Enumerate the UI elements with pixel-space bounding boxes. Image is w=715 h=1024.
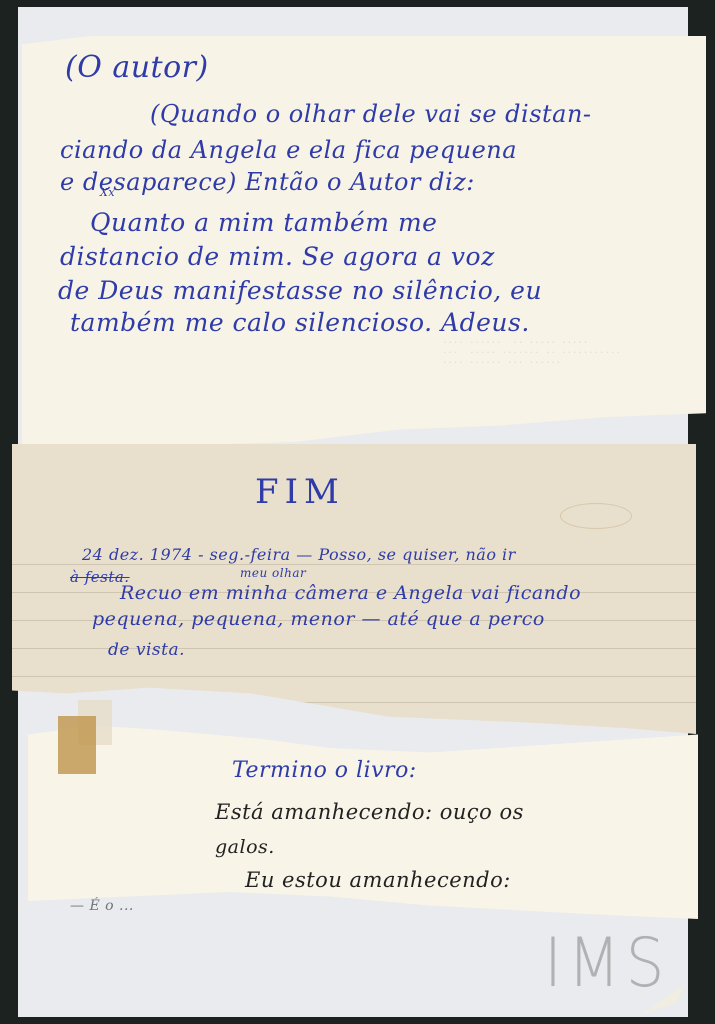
fragment1-line: também me calo silencioso. Adeus. [70, 308, 530, 337]
author-heading: (O autor) [65, 50, 209, 85]
fragment2-line: Recuo em minha câmera e Angela vai fican… [120, 582, 581, 604]
manuscript-fragment-1: .... ...... .. ..... ..... ... ..... ...… [22, 36, 706, 446]
fragment2-date-line: 24 dez. 1974 - seg.-feira — Posso, se qu… [82, 545, 516, 564]
fragment2-line: de vista. [108, 640, 185, 660]
fragment3-line: Eu estou amanhecendo: [245, 868, 511, 892]
fragment3-line: Está amanhecendo: ouço os [215, 800, 524, 824]
fragment1-line: ciando da Angela e ela fica pequena [60, 136, 517, 164]
paper-stain [560, 503, 632, 529]
typed-text-bleedthrough: .... ...... .. ..... ..... ... ..... ...… [442, 336, 621, 366]
fragment3-line: galos. [215, 836, 275, 858]
fragment1-line: de Deus manifestasse no silêncio, eu [58, 276, 542, 305]
fragment2-line: pequena, pequena, menor — até que a perc… [92, 608, 545, 630]
fragment2-insertion: meu olhar [240, 566, 306, 580]
adhesive-tape [58, 716, 96, 774]
fim-title: FIM [255, 472, 345, 512]
fragment3-partial-line: — É o ... [70, 898, 134, 914]
fragment1-line: (Quando o olhar dele vai se distan- [150, 100, 592, 128]
fragment1-line: distancio de mim. Se agora a voz [60, 242, 495, 271]
ims-watermark: IMS [544, 930, 670, 998]
fragment1-line: e desaparece) Então o Autor diz: [60, 168, 475, 196]
fragment1-line: Quanto a mim também me [90, 208, 437, 237]
fragment1-insertion: Xx [100, 186, 115, 199]
fragment3-heading: Termino o livro: [232, 758, 417, 783]
